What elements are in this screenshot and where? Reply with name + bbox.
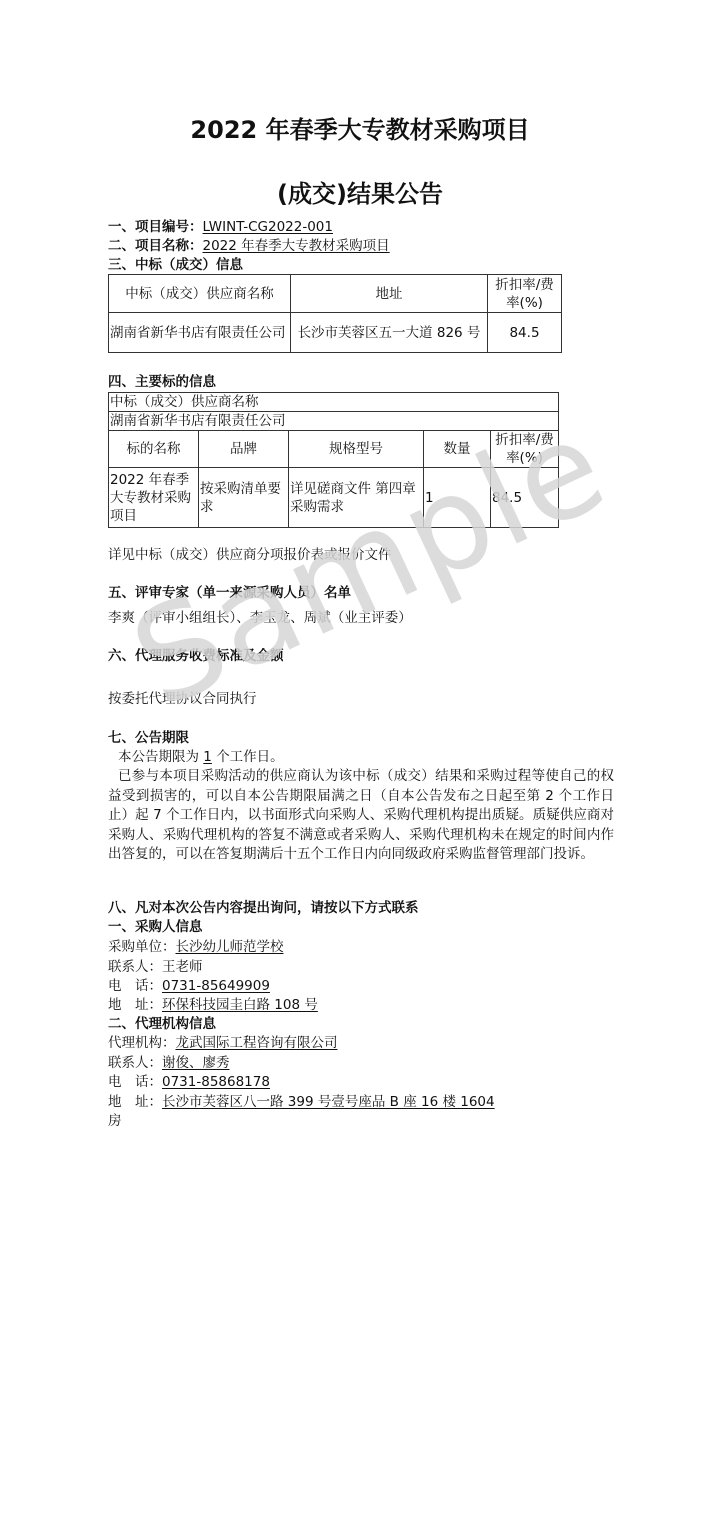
purchaser-phone-label: 电 话： [108, 978, 162, 994]
cell-subject-name: 2022 年春季大专教材采购项目 [109, 468, 199, 528]
cell-brand: 按采购清单要求 [199, 468, 289, 528]
document-page: 2022 年春季大专教材采购项目 (成交)结果公告 一、项目编号：LWINT-C… [0, 0, 720, 1538]
agency-contact-value: 谢俊、廖秀 [162, 1055, 230, 1071]
purchaser-phone-row: 电 话：0731-85649909 [108, 977, 270, 996]
supplier-label-row: 中标（成交）供应商名称 [109, 393, 559, 412]
purchaser-heading: 一、采购人信息 [108, 918, 203, 937]
header-quantity: 数量 [424, 431, 491, 468]
contact-heading: 八、凡对本次公告内容提出询问，请按以下方式联系 [108, 899, 419, 918]
purchaser-address-value: 环保科技园圭白路 108 号 [162, 997, 318, 1013]
cell-spec: 详见磋商文件 第四章采购需求 [289, 468, 424, 528]
agency-fee-heading: 六、代理服务收费标准及金额 [108, 647, 284, 666]
purchaser-address-row: 地 址：环保科技园圭白路 108 号 [108, 996, 318, 1015]
agency-fee-content: 按委托代理协议合同执行 [108, 690, 257, 709]
table-row: 2022 年春季大专教材采购项目 按采购清单要求 详见磋商文件 第四章采购需求 … [109, 468, 559, 528]
cell-supplier-name: 湖南省新华书店有限责任公司 [109, 313, 291, 353]
winning-info-heading: 三、中标（成交）信息 [108, 256, 243, 275]
agency-heading: 二、代理机构信息 [108, 1015, 216, 1034]
cell-discount-rate: 84.5 [491, 468, 559, 528]
agency-phone-row: 电 话：0731-85868178 [108, 1073, 270, 1092]
project-number-label: 一、项目编号： [108, 219, 203, 235]
winning-info-table: 中标（成交）供应商名称 地址 折扣率/费率(%) 湖南省新华书店有限责任公司 长… [108, 274, 562, 353]
header-supplier-name: 中标（成交）供应商名称 [109, 275, 291, 313]
agency-contact-row: 联系人：谢俊、廖秀 [108, 1054, 230, 1073]
project-number-row: 一、项目编号：LWINT-CG2022-001 [108, 218, 333, 237]
supplier-name-row: 湖南省新华书店有限责任公司 [109, 412, 559, 431]
experts-list: 李爽（评审小组组长）、李玉龙、周斌（业主评委） [108, 609, 412, 628]
agency-name-row: 代理机构：龙武国际工程咨询有限公司 [108, 1034, 338, 1053]
purchaser-contact-row: 联系人：王老师 [108, 958, 203, 977]
purchaser-address-label: 地 址： [108, 997, 162, 1013]
project-name-label: 二、项目名称： [108, 238, 203, 254]
header-discount-rate: 折扣率/费率(%) [491, 431, 559, 468]
supplier-label-cell: 中标（成交）供应商名称 [109, 393, 559, 412]
header-subject-name: 标的名称 [109, 431, 199, 468]
agency-address-continued: 房 [108, 1112, 122, 1131]
document-title-line1: 2022 年春季大专教材采购项目 [0, 110, 720, 145]
purchaser-phone-value: 0731-85649909 [162, 978, 270, 994]
table-header-row: 标的名称 品牌 规格型号 数量 折扣率/费率(%) [109, 431, 559, 468]
agency-name-value: 龙武国际工程咨询有限公司 [176, 1035, 338, 1051]
period-prefix: 本公告期限为 [118, 749, 199, 765]
agency-address-row: 地 址：长沙市芙蓉区八一路 399 号壹号座品 B 座 16 楼 1604 [108, 1093, 495, 1112]
purchaser-unit-value: 长沙幼儿师范学校 [176, 939, 284, 955]
supplier-name-cell: 湖南省新华书店有限责任公司 [109, 412, 559, 431]
complaint-paragraph: 已参与本项目采购活动的供应商认为该中标（成交）结果和采购过程等使自己的权益受到损… [108, 767, 614, 865]
notice-period-line: 本公告期限为 1 个工作日。 [118, 748, 284, 767]
purchaser-unit-label: 采购单位： [108, 939, 176, 955]
experts-heading: 五、评审专家（单一来源采购人员）名单 [108, 584, 351, 603]
cell-quantity: 1 [424, 468, 491, 528]
agency-address-value: 长沙市芙蓉区八一路 399 号壹号座品 B 座 16 楼 1604 [162, 1094, 495, 1110]
project-name-row: 二、项目名称：2022 年春季大专教材采购项目 [108, 237, 390, 256]
table-header-row: 中标（成交）供应商名称 地址 折扣率/费率(%) [109, 275, 562, 313]
purchaser-unit-row: 采购单位：长沙幼儿师范学校 [108, 938, 284, 957]
agency-address-label: 地 址： [108, 1094, 162, 1110]
agency-phone-label: 电 话： [108, 1074, 162, 1090]
main-subject-table: 中标（成交）供应商名称 湖南省新华书店有限责任公司 标的名称 品牌 规格型号 数… [108, 392, 559, 528]
agency-contact-label: 联系人： [108, 1055, 162, 1071]
purchaser-contact-value: 王老师 [162, 959, 203, 975]
document-title-line2: (成交)结果公告 [0, 174, 720, 209]
project-name-value: 2022 年春季大专教材采购项目 [203, 238, 390, 254]
cell-address: 长沙市芙蓉区五一大道 826 号 [291, 313, 488, 353]
agency-name-label: 代理机构： [108, 1035, 176, 1051]
period-value: 1 [203, 749, 212, 765]
notice-period-heading: 七、公告期限 [108, 729, 189, 748]
period-suffix: 个工作日。 [216, 749, 284, 765]
quote-note: 详见中标（成交）供应商分项报价表或报价文件 [108, 546, 392, 565]
header-brand: 品牌 [199, 431, 289, 468]
header-discount-rate: 折扣率/费率(%) [488, 275, 562, 313]
header-spec: 规格型号 [289, 431, 424, 468]
main-subject-heading: 四、主要标的信息 [108, 373, 216, 392]
cell-discount-rate: 84.5 [488, 313, 562, 353]
header-address: 地址 [291, 275, 488, 313]
project-number-value: LWINT-CG2022-001 [203, 219, 333, 235]
table-row: 湖南省新华书店有限责任公司 长沙市芙蓉区五一大道 826 号 84.5 [109, 313, 562, 353]
purchaser-contact-label: 联系人： [108, 959, 162, 975]
agency-phone-value: 0731-85868178 [162, 1074, 270, 1090]
